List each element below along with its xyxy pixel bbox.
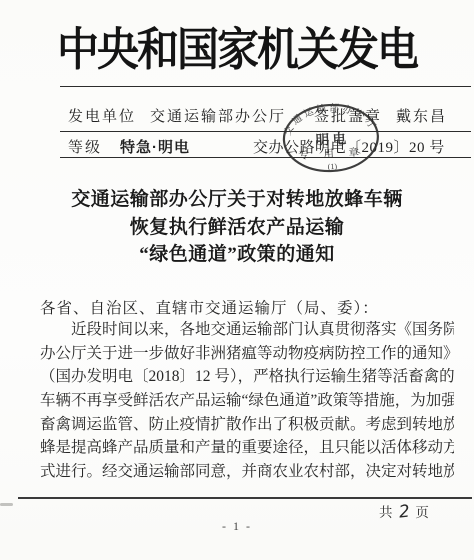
grade-label: 等级 xyxy=(68,140,102,156)
header-rule-top xyxy=(60,86,471,87)
header-rule-middle xyxy=(60,131,471,132)
document-title-line: 交通运输部办公厅关于对转地放蜂车辆 xyxy=(0,186,474,214)
sending-unit-label: 发电单位 xyxy=(68,109,136,125)
stamp-center-text: 明 电 xyxy=(315,130,347,148)
body-text-line: 畜禽调运监管、防止疫情扩散作出了积极贡献。考虑到转地放 xyxy=(40,413,454,437)
document-title-line: “绿色通道”政策的通知 xyxy=(0,241,474,269)
stamp-purpose-text: 专 用 章 xyxy=(298,145,365,161)
body-text-line: 办公厅关于进一步做好非洲猪瘟等动物疫病防控工作的通知》 xyxy=(40,342,454,366)
masthead-title: 中央和国家机关发电 xyxy=(0,14,474,79)
total-pages-suffix: 页 xyxy=(415,501,430,521)
body-text-line: 式进行。经交通运输部同意，并商农业农村部，决定对转地放 xyxy=(40,460,454,484)
page-number: - 1 - xyxy=(0,519,474,534)
scan-edge-smudge xyxy=(0,503,13,506)
stamp-index-number: (1) xyxy=(327,162,337,171)
body-text-line: 近段时间以来，各地交通运输部门认真贯彻落实《国务院 xyxy=(40,318,454,342)
body-text-line: 车辆不再享受鲜活农产品运输“绿色通道”政策等措施，为加强 xyxy=(40,389,454,413)
official-stamp: 交通运输部办公厅 明 电 专 用 章 (1) xyxy=(277,97,385,182)
scanned-telegram-document: 中央和国家机关发电 发电单位交通运输部办公厅 签批盖章戴东昌 等级特急·明电 交… xyxy=(0,0,474,560)
grade-value: 特急·明电 xyxy=(120,139,190,156)
document-title: 交通运输部办公厅关于对转地放蜂车辆恢复执行鲜活农产品运输“绿色通道”政策的通知 xyxy=(0,186,474,269)
sending-unit-value: 交通运输部办公厅 xyxy=(150,109,286,125)
body-text-line: 蜂是提高蜂产品质量和产量的重要途径，且只能以活体移动方 xyxy=(40,436,454,460)
total-pages-prefix: 共 xyxy=(379,501,394,521)
header-rule-bottom xyxy=(60,157,471,158)
document-title-line: 恢复执行鲜活农产品运输 xyxy=(0,214,474,242)
footer-rule xyxy=(18,497,472,499)
grade-field: 等级特急·明电 xyxy=(68,136,190,157)
body-text: 近段时间以来，各地交通运输部门认真贯彻落实《国务院办公厅关于进一步做好非洲猪瘟等… xyxy=(40,318,454,484)
sending-unit-field: 发电单位交通运输部办公厅 xyxy=(68,105,286,126)
body-text-line: （国办发明电〔2018〕12 号），严格执行运输生猪等活畜禽的 xyxy=(40,365,454,389)
signer-name: 戴东昌 xyxy=(396,109,447,125)
salutation-line: 各省、自治区、直辖市交通运输厅（局、委）： xyxy=(40,296,454,318)
